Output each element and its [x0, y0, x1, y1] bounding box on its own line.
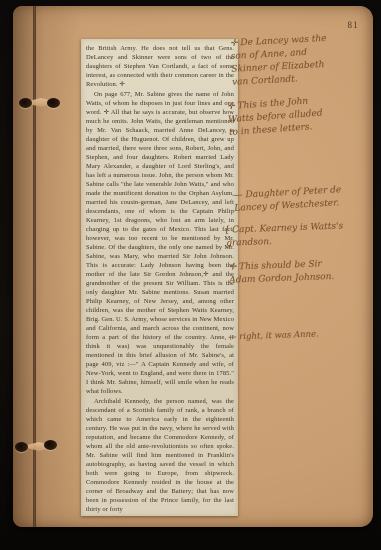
binding-hole [19, 98, 32, 108]
page-number: 81 [338, 20, 368, 30]
binding-hole-pair-top [15, 94, 67, 112]
clipping-paragraph: the British Army. He does not tell us th… [86, 44, 234, 89]
scanned-photo-backdrop: 81 the British Army. He does not tell us… [0, 0, 381, 550]
binding-hole-pair-bottom [13, 438, 65, 456]
handwritten-annotation-adam-gordon-johnson: ✛ This should be Sir Adam Gordon Johnson… [229, 256, 380, 287]
clipping-text-column: the British Army. He does not tell us th… [86, 44, 234, 516]
binding-hole [47, 98, 60, 108]
binding-hole [15, 442, 28, 452]
handwritten-annotation-capt-kearney: [ Capt. Kearney is Watts's grandson. [226, 219, 377, 250]
news-clipping: the British Army. He does not tell us th… [81, 39, 238, 516]
binding-hole [44, 440, 57, 450]
clipping-cutoff-fragment: He was [86, 515, 234, 516]
handwritten-annotation-delancey-skinner: ✛ De Lancey was the son of Anne, and Ski… [230, 30, 379, 90]
clipping-paragraph: On page 677, Mr. Sabine gives the name o… [86, 90, 234, 396]
clipping-paragraph: Archibald Kennedy, the person named, was… [86, 397, 234, 514]
